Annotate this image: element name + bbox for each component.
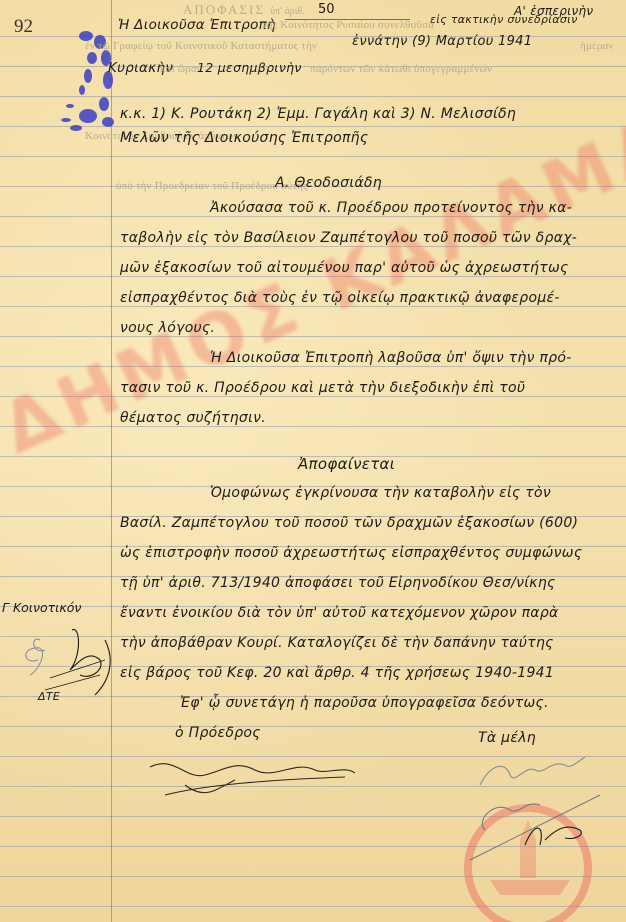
paragraph3-line2: Βασίλ. Ζαμπέτογλου τοῦ ποσοῦ τῶν δραχμῶν… <box>120 515 578 531</box>
printed-present-label: παρόντων τῶν κάτωθι ὑπογεγραμμένων <box>310 63 492 75</box>
hand-members-present: κ.κ. 1) Κ. Ρουτάκη 2) Ἐμμ. Γαγάλη καὶ 3)… <box>120 106 516 122</box>
paragraph3-line4: τῇ ὑπ' ἀριθ. 713/1940 ἀποφάσει τοῦ Εἰρην… <box>120 575 556 591</box>
closing-line: Ἐφ' ᾧ συνετάγη ἡ παροῦσα ὑπογραφεῖσα δεό… <box>180 695 549 711</box>
paragraph2-line3: θέματος συζήτησιν. <box>120 410 266 426</box>
hand-committee-members: Μελῶν τῆς Διοικούσης Ἐπιτροπῆς <box>120 130 368 146</box>
printed-day-label: ἡμέραν <box>580 40 614 52</box>
hand-date: ἐννάτην (9) Μαρτίου 1941 <box>352 34 532 49</box>
printed-office-line: ἐν τῷ Γραφείῳ τοῦ Κοινοτικοῦ Καταστήματο… <box>85 40 317 52</box>
paragraph3-line3: ὡς ἐπιστροφὴν ποσοῦ ἀχρεωστήτως εἰσπραχθ… <box>120 545 582 561</box>
printed-header-title: ΑΠΟΦΑΣΙΣ <box>183 2 265 17</box>
paragraph2-line1: Ἡ Διοικοῦσα Ἐπιτροπὴ λαβοῦσα ὑπ' ὄψιν τὴ… <box>210 350 572 366</box>
printed-hour-label: καὶ ὥραν <box>160 63 202 75</box>
paragraph1-line5: νους λόγους. <box>120 320 215 336</box>
paragraph1-line1: Ἀκούσασα τοῦ κ. Προέδρου προτείνοντος τὴ… <box>210 200 572 216</box>
hand-hour: 12 μεσημβρινὴν <box>197 60 302 75</box>
member1-signature-icon <box>470 755 590 795</box>
paragraph3-line1: Ὁμοφώνως ἐγκρίνουσα τὴν καταβολὴν εἰς τὸ… <box>210 485 551 501</box>
paragraph1-line2: ταβολὴν εἰς τὸν Βασίλειον Ζαμπέτογλου το… <box>120 230 577 246</box>
margin-initials: ΔΤΕ <box>38 690 60 703</box>
paragraph3-line5: ἔναντι ἐνοικίου διὰ τὸν ὑπ' αὐτοῦ κατεχό… <box>120 605 559 621</box>
paragraph3-line7: εἰς βάρος τοῦ Κεφ. 20 καὶ ἄρθρ. 4 τῆς χρ… <box>120 665 554 681</box>
margin-note: Γ Κοινοτικόν <box>2 600 81 615</box>
hand-session-evening: Α' ἑσπερινὴν <box>514 4 593 18</box>
paragraph1-line3: μῶν ἑξακοσίων τοῦ αἰτουμένου παρ' αὐτοῦ … <box>120 260 568 276</box>
printed-header-suffix: ὑπ' ἀριθ. <box>270 6 305 17</box>
paragraph2-line2: τασιν τοῦ κ. Προέδρου καὶ μετὰ τὴν διεξο… <box>120 380 525 396</box>
member2-signature-icon <box>465 790 615 870</box>
printed-community-line: τῆς Κοινότητος Ρυσαίου συνελθοῦσα <box>262 19 434 31</box>
decision-number: 50 <box>318 2 335 17</box>
decision-heading: Ἀποφαίνεται <box>298 455 395 473</box>
paragraph1-line4: εἰσπραχθέντος διὰ τοὺς ἐν τῷ οἰκείῳ πρακ… <box>120 290 560 306</box>
document-page: ΔΗΜΟΣ ΚΑΛΑΜΑΤΑΣ 92 ΑΠΟΦΑΣΙΣ ὑπ' ἀριθ. 50… <box>0 0 626 922</box>
hand-committee-name: Ἡ Διοικοῦσα Ἐπιτροπὴ <box>118 17 276 33</box>
printed-header: ΑΠΟΦΑΣΙΣ ὑπ' ἀριθ. <box>183 2 305 18</box>
president-signature-icon <box>145 755 375 805</box>
paragraph3-line6: τὴν ἀποβάθραν Κουρί. Καταλογίζει δὲ τὴν … <box>120 635 554 651</box>
members-label: Τὰ μέλη <box>478 730 536 746</box>
margin-signature-icon <box>10 620 115 700</box>
president-label: ὁ Πρόεδρος <box>175 725 261 741</box>
page-number: 92 <box>14 16 33 38</box>
hand-president-name: Α. Θεοδοσιάδη <box>275 175 382 191</box>
